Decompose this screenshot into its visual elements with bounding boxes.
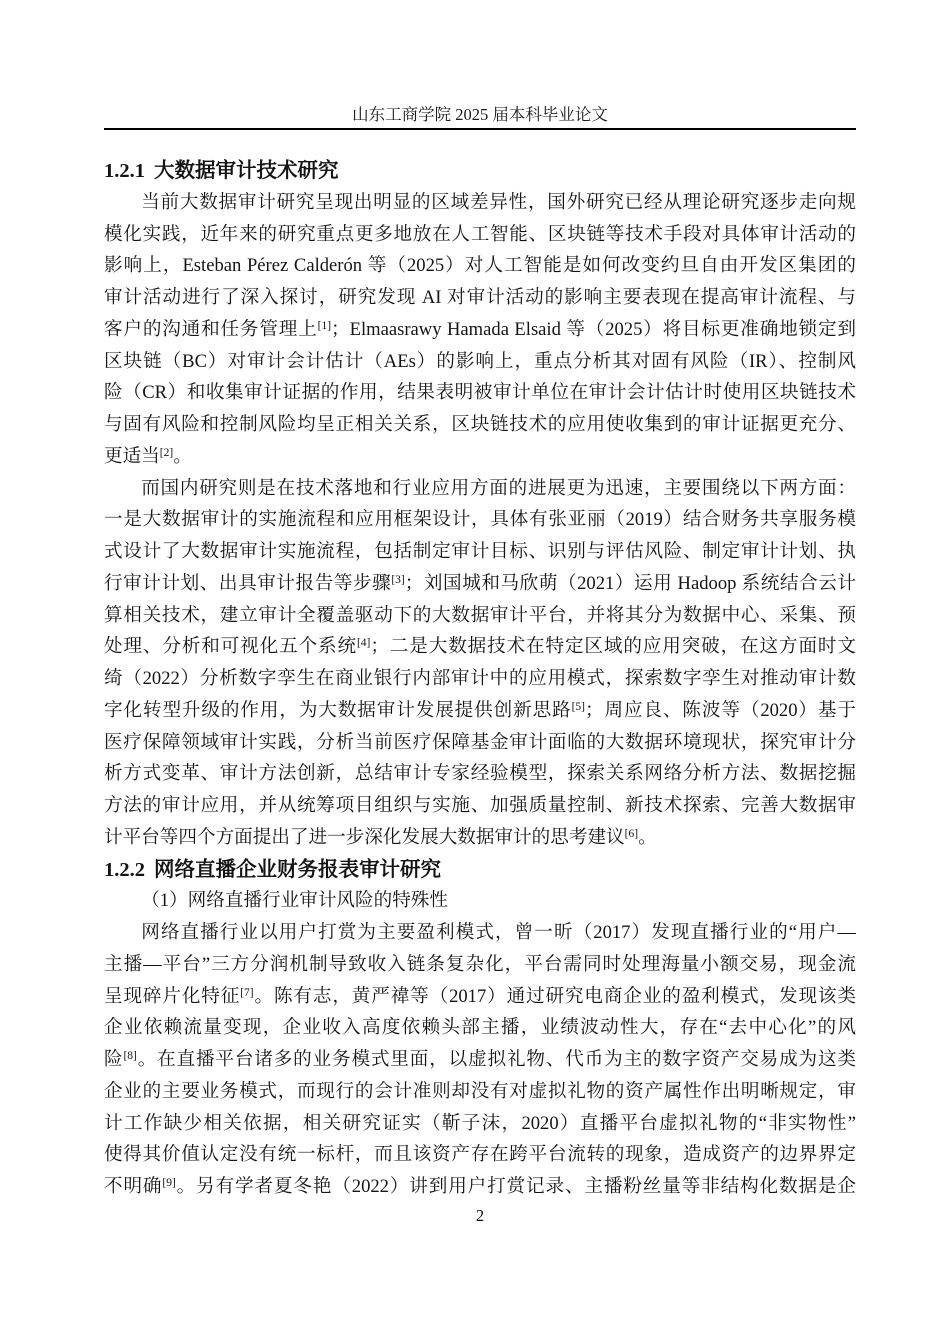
text-line: 呈现碎片化特征[7]。陈有志，黄严禕等（2017）通过研究电商企业的盈利模式，发…: [104, 981, 856, 1013]
footnote-ref: [8]: [123, 1050, 136, 1062]
text-line: 而国内研究则是在技术落地和行业应用方面的进展更为迅速，主要围绕以下两方面：: [104, 473, 856, 505]
footnote-ref: [6]: [625, 828, 638, 840]
section-heading: 1.2.1大数据审计技术研究: [104, 155, 856, 187]
text-segment: 网络直播行业以用户打赏为主要盈利模式，曾一昕（2017）发现直播行业的“用户—: [141, 922, 856, 943]
paragraph: 当前大数据审计研究呈现出明显的区域差异性，国外研究已经从理论研究逐步走向规模化实…: [104, 187, 856, 473]
text-segment: 审计活动进行了深入探讨，研究发现 AI 对审计活动的影响主要表现在提高审计流程、…: [104, 287, 856, 308]
heading-number: 1.2.1: [104, 160, 145, 182]
text-segment: ；周应良、陈波等（2020）基于: [585, 700, 856, 721]
text-segment: ；Elmaasrawy Hamada Elsaid 等（2025）将目标更准确地…: [331, 319, 856, 340]
text-line: 绮（2022）分析数字孪生在商业银行内部审计中的应用模式，探索数字孪生对推动审计…: [104, 663, 856, 695]
footnote-ref: [1]: [318, 320, 331, 332]
text-segment: 而国内研究则是在技术落地和行业应用方面的进展更为迅速，主要围绕以下两方面：: [141, 478, 856, 499]
text-line: 计平台等四个方面提出了进一步深化发展大数据审计的思考建议[6]。: [104, 822, 856, 854]
page-header: 山东工商学院 2025 届本科毕业论文: [104, 105, 856, 130]
text-segment: 字化转型升级的作用，为大数据审计发展提供创新思路: [104, 700, 572, 721]
text-segment: 使得其价值认定没有统一标杆，而且该资产存在跨平台流转的现象，造成资产的边界界定: [104, 1144, 856, 1165]
text-segment: 更适当: [104, 446, 160, 467]
footnote-ref: [5]: [572, 701, 585, 713]
text-segment: 处理、分析和可视化五个系统: [104, 636, 357, 657]
text-segment: 行审计计划、出具审计报告等步骤: [104, 573, 391, 594]
text-line: 一是大数据审计的实施流程和应用框架设计，具体有张亚丽（2019）结合财务共享服务…: [104, 504, 856, 536]
text-line: 与固有风险和控制风险均呈正相关关系，区块链技术的应用使收集到的审计证据更充分、: [104, 409, 856, 441]
text-line: 审计活动进行了深入探讨，研究发现 AI 对审计活动的影响主要表现在提高审计流程、…: [104, 282, 856, 314]
text-segment: 式设计了大数据审计实施流程，包括制定审计目标、识别与评估风险、制定审计计划、执: [104, 541, 856, 562]
text-line: 影响上，Esteban Pérez Calderón 等（2025）对人工智能是…: [104, 250, 856, 282]
text-segment: 险（CR）和收集审计证据的作用，结果表明被审计单位在审计会计估计时使用区块链技术: [104, 382, 856, 403]
text-line: 企业依赖流量变现，企业收入高度依赖头部主播，业绩波动性大，存在“去中心化”的风: [104, 1012, 856, 1044]
text-segment: 企业依赖流量变现，企业收入高度依赖头部主播，业绩波动性大，存在“去中心化”的风: [104, 1017, 856, 1038]
text-segment: 。在直播平台诸多的业务模式里面，以虚拟礼物、代币为主的数字资产交易成为这类: [137, 1049, 856, 1070]
text-segment: 客户的沟通和任务管理上: [104, 319, 318, 340]
footnote-ref: [9]: [162, 1177, 175, 1189]
text-segment: 影响上，Esteban Pérez Calderón 等（2025）对人工智能是…: [104, 255, 856, 276]
page-footer: 2: [104, 1206, 856, 1226]
header-title: 山东工商学院 2025 届本科毕业论文: [104, 105, 856, 125]
heading-number: 1.2.2: [104, 859, 145, 881]
heading-title: 大数据审计技术研究: [154, 159, 339, 182]
text-line: 方法的审计应用，并从统筹项目组织与实施、加强质量控制、新技术探索、完善大数据审: [104, 790, 856, 822]
footnote-ref: [4]: [357, 637, 370, 649]
paragraph: 而国内研究则是在技术落地和行业应用方面的进展更为迅速，主要围绕以下两方面：一是大…: [104, 473, 856, 854]
text-segment: 计平台等四个方面提出了进一步深化发展大数据审计的思考建议: [104, 827, 625, 848]
paragraph: 网络直播行业以用户打赏为主要盈利模式，曾一昕（2017）发现直播行业的“用户—主…: [104, 917, 856, 1203]
text-segment: 企业的主要业务模式，而现行的会计准则却没有对虚拟礼物的资产属性作出明晰规定，审: [104, 1081, 856, 1102]
text-line: 险（CR）和收集审计证据的作用，结果表明被审计单位在审计会计估计时使用区块链技术: [104, 377, 856, 409]
footnote-ref: [7]: [240, 987, 253, 999]
text-segment: 模化实践，近年来的研究重点更多地放在人工智能、区块链等技术手段对具体审计活动的: [104, 224, 856, 245]
text-segment: 不明确: [104, 1176, 162, 1197]
text-line: 字化转型升级的作用，为大数据审计发展提供创新思路[5]；周应良、陈波等（2020…: [104, 695, 856, 727]
text-line: 模化实践，近年来的研究重点更多地放在人工智能、区块链等技术手段对具体审计活动的: [104, 219, 856, 251]
text-segment: 区块链（BC）对审计会计估计（AEs）的影响上，重点分析其对固有风险（IR）、控…: [104, 351, 856, 372]
text-line: 计工作缺少相关依据，相关研究证实（靳子沫，2020）直播平台虚拟礼物的“非实物性…: [104, 1108, 856, 1140]
text-line: 医疗保障领域审计实践，分析当前医疗保障基金审计面临的大数据环境现状，探究审计分: [104, 727, 856, 759]
text-segment: 医疗保障领域审计实践，分析当前医疗保障基金审计面临的大数据环境现状，探究审计分: [104, 732, 856, 753]
text-segment: 呈现碎片化特征: [104, 986, 240, 1007]
text-line: 当前大数据审计研究呈现出明显的区域差异性，国外研究已经从理论研究逐步走向规: [104, 187, 856, 219]
text-line: 网络直播行业以用户打赏为主要盈利模式，曾一昕（2017）发现直播行业的“用户—: [104, 917, 856, 949]
text-segment: 。另有学者夏冬艳（2022）讲到用户打赏记录、主播粉丝量等非结构化数据是企: [176, 1176, 856, 1197]
text-segment: 当前大数据审计研究呈现出明显的区域差异性，国外研究已经从理论研究逐步走向规: [141, 192, 856, 213]
text-line: 险[8]。在直播平台诸多的业务模式里面，以虚拟礼物、代币为主的数字资产交易成为这…: [104, 1044, 856, 1076]
heading-title: 网络直播企业财务报表审计研究: [154, 858, 441, 881]
text-line: 区块链（BC）对审计会计估计（AEs）的影响上，重点分析其对固有风险（IR）、控…: [104, 346, 856, 378]
text-line: （1）网络直播行业审计风险的特殊性: [104, 885, 856, 917]
text-line: 式设计了大数据审计实施流程，包括制定审计目标、识别与评估风险、制定审计计划、执: [104, 536, 856, 568]
header-rule: [104, 128, 856, 130]
thesis-page: 山东工商学院 2025 届本科毕业论文 1.2.1大数据审计技术研究当前大数据审…: [0, 0, 950, 1344]
page-number: 2: [476, 1206, 484, 1225]
text-line: 不明确[9]。另有学者夏冬艳（2022）讲到用户打赏记录、主播粉丝量等非结构化数…: [104, 1171, 856, 1203]
footnote-ref: [3]: [391, 574, 404, 586]
text-segment: 析方式变革、审计方法创新，总结审计专家经验模型，探索关系网络分析方法、数据挖掘: [104, 763, 856, 784]
text-segment: 一是大数据审计的实施流程和应用框架设计，具体有张亚丽（2019）结合财务共享服务…: [104, 509, 856, 530]
text-line: 算相关技术，建立审计全覆盖驱动下的大数据审计平台，并将其分为数据中心、采集、预: [104, 600, 856, 632]
text-line: 企业的主要业务模式，而现行的会计准则却没有对虚拟礼物的资产属性作出明晰规定，审: [104, 1076, 856, 1108]
text-line: 更适当[2]。: [104, 441, 856, 473]
text-segment: ；二是大数据技术在特定区域的应用突破，在这方面时文: [370, 636, 856, 657]
text-segment: 方法的审计应用，并从统筹项目组织与实施、加强质量控制、新技术探索、完善大数据审: [104, 795, 856, 816]
text-segment: 。: [638, 827, 657, 848]
text-segment: 主播—平台”三方分润机制导致收入链条复杂化，平台需同时处理海量小额交易，现金流: [104, 954, 856, 975]
text-segment: 险: [104, 1049, 123, 1070]
text-line: 行审计计划、出具审计报告等步骤[3]；刘国城和马欣萌（2021）运用 Hadoo…: [104, 568, 856, 600]
text-segment: 计工作缺少相关依据，相关研究证实（靳子沫，2020）直播平台虚拟礼物的“非实物性…: [104, 1113, 856, 1134]
text-segment: ；刘国城和马欣萌（2021）运用 Hadoop 系统结合云计: [405, 573, 856, 594]
text-segment: 。: [173, 446, 192, 467]
text-segment: （1）网络直播行业审计风险的特殊性: [141, 890, 448, 911]
document-body: 1.2.1大数据审计技术研究当前大数据审计研究呈现出明显的区域差异性，国外研究已…: [104, 155, 856, 1203]
text-line: 处理、分析和可视化五个系统[4]；二是大数据技术在特定区域的应用突破，在这方面时…: [104, 631, 856, 663]
subheading-paragraph: （1）网络直播行业审计风险的特殊性: [104, 885, 856, 917]
text-segment: 绮（2022）分析数字孪生在商业银行内部审计中的应用模式，探索数字孪生对推动审计…: [104, 668, 856, 689]
text-segment: 与固有风险和控制风险均呈正相关关系，区块链技术的应用使收集到的审计证据更充分、: [104, 414, 856, 435]
section-heading: 1.2.2网络直播企业财务报表审计研究: [104, 854, 856, 886]
footnote-ref: [2]: [160, 447, 173, 459]
text-segment: 算相关技术，建立审计全覆盖驱动下的大数据审计平台，并将其分为数据中心、采集、预: [104, 605, 856, 626]
text-line: 析方式变革、审计方法创新，总结审计专家经验模型，探索关系网络分析方法、数据挖掘: [104, 758, 856, 790]
text-segment: 。陈有志，黄严禕等（2017）通过研究电商企业的盈利模式，发现该类: [254, 986, 856, 1007]
text-line: 客户的沟通和任务管理上[1]；Elmaasrawy Hamada Elsaid …: [104, 314, 856, 346]
text-line: 使得其价值认定没有统一标杆，而且该资产存在跨平台流转的现象，造成资产的边界界定: [104, 1139, 856, 1171]
text-line: 主播—平台”三方分润机制导致收入链条复杂化，平台需同时处理海量小额交易，现金流: [104, 949, 856, 981]
